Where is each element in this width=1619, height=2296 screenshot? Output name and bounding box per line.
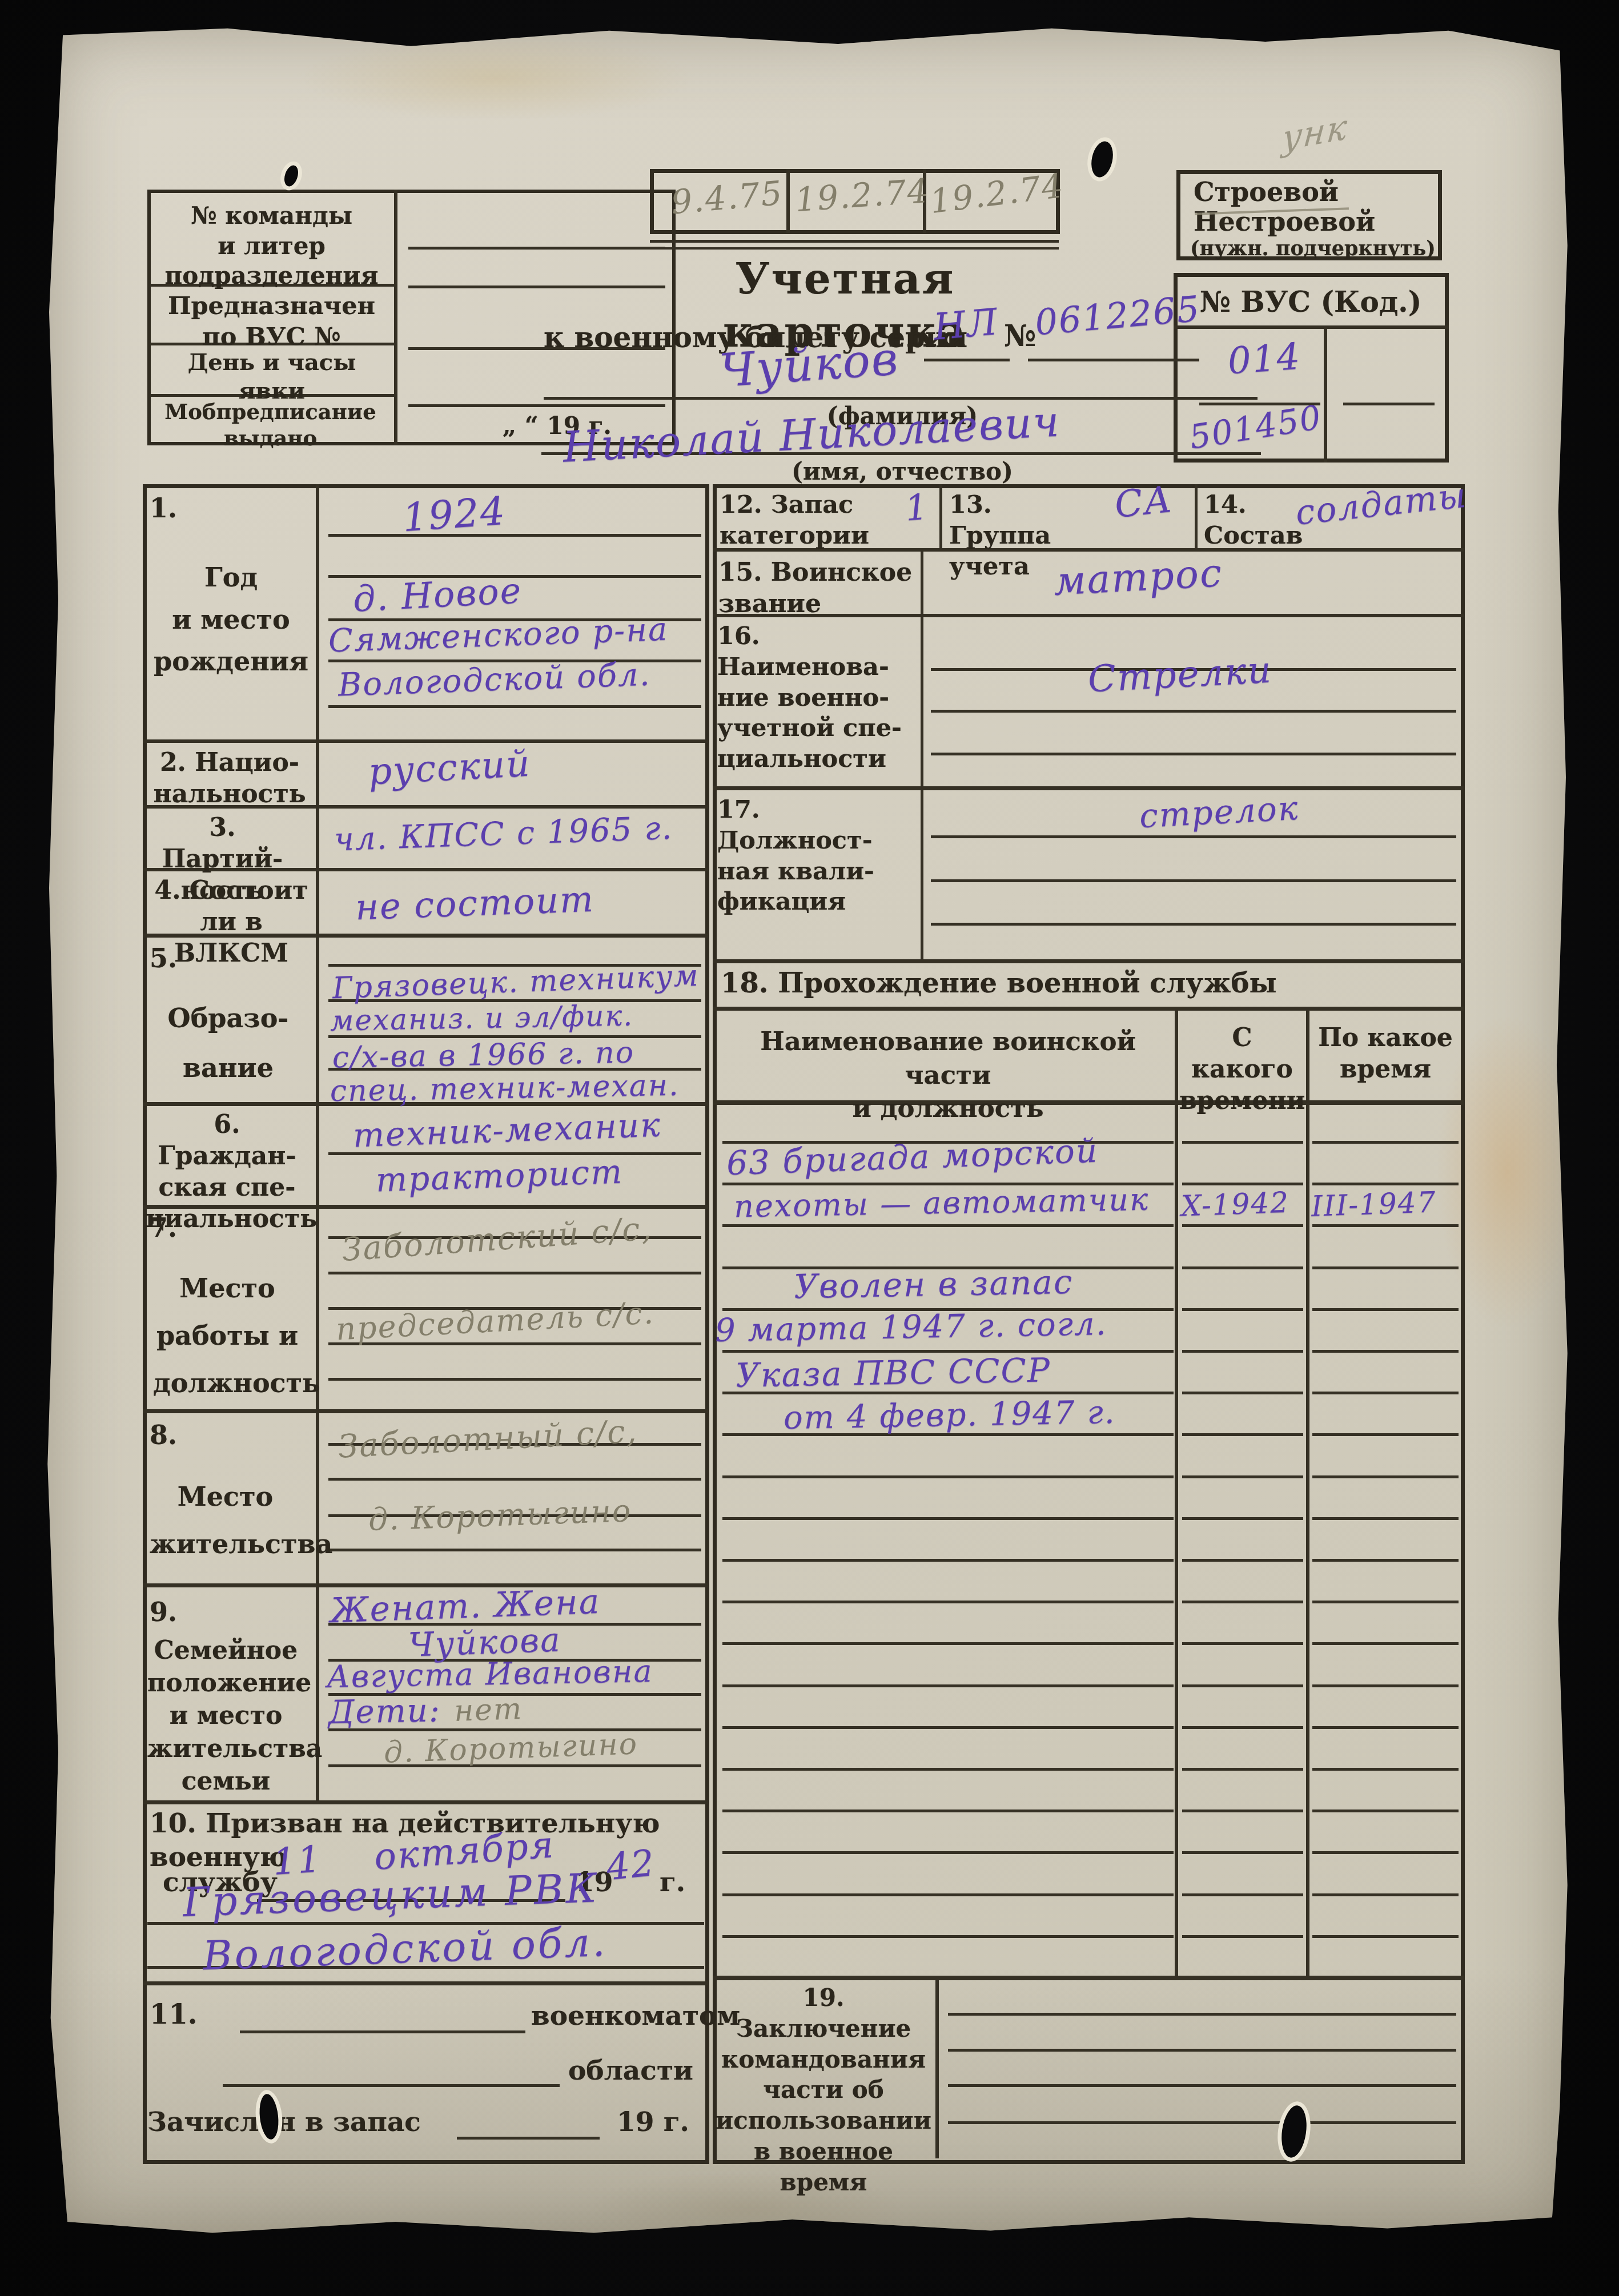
education-line2: механиз. и эл/фик.: [330, 999, 634, 1037]
draft-year-handwritten: 42: [604, 1842, 657, 1889]
section-16-label: 16. Наименова- ние военно- учетной спе- …: [717, 621, 906, 775]
table-ruled-line: [1312, 1392, 1459, 1394]
section-19-label: 19. Заключение командования части об исп…: [715, 1983, 932, 2197]
table-ruled-line: [1182, 1642, 1303, 1645]
vlksm-value: не состоит: [355, 878, 595, 928]
table-ruled-line: [1182, 1601, 1303, 1603]
section-2-label: 2. Нацио- нальность: [150, 747, 310, 810]
table-ruled-line: [722, 1517, 1174, 1520]
table-ruled-line: [1182, 1726, 1303, 1729]
table-ruled-line: [722, 1684, 1174, 1687]
admin-answer-line: [408, 404, 665, 407]
section-5-number: 5.: [150, 942, 177, 975]
family-children-note: нет: [453, 1692, 523, 1728]
table-ruled-line: [1182, 1768, 1303, 1771]
education-line4: спец. техник-механ.: [330, 1068, 680, 1109]
section-separator: [143, 739, 708, 743]
table-ruled-line: [1312, 1726, 1459, 1729]
table-col-divider-1: [1175, 1007, 1178, 1976]
birth-place-line1: д. Новое: [352, 569, 523, 620]
table-ruled-line: [1312, 1601, 1459, 1603]
series-line: [924, 359, 1010, 361]
section-11-label4: 19 г.: [617, 2106, 689, 2140]
table-ruled-line: [722, 1768, 1174, 1771]
surname-line: [544, 397, 1258, 400]
admin-row4-label: Мобпредписание выдано: [152, 399, 389, 452]
table-ruled-line: [1182, 1559, 1303, 1562]
table-col3-header: По какое время: [1311, 1022, 1460, 1085]
paper-stain: [296, 35, 696, 121]
table-ruled-line: [1312, 1183, 1459, 1185]
answer-line: [931, 879, 1456, 882]
answer-line: [931, 835, 1456, 838]
table-ruled-line: [1312, 1559, 1459, 1562]
section-1-label: Год и место рождения: [150, 557, 312, 683]
answer-line: [240, 2030, 525, 2033]
service-date-from: X-1942: [1180, 1186, 1290, 1223]
section-11-label3: Зачислен в запас: [147, 2106, 421, 2140]
answer-line: [328, 1378, 701, 1381]
table-ruled-line: [1182, 1392, 1303, 1394]
section-18-title: 18. Прохождение военной службы: [721, 966, 1292, 1000]
answer-line: [328, 1478, 701, 1481]
section-separator: [143, 1981, 708, 1985]
answer-line: [931, 923, 1456, 926]
table-ruled-line: [722, 1224, 1174, 1227]
admin-box-divider: [394, 190, 397, 445]
table-ruled-line: [1182, 1935, 1303, 1938]
answer-line: [223, 2084, 560, 2087]
nationality-value: русский: [367, 743, 532, 794]
answer-line: [328, 705, 701, 708]
vus-answer-line: [1343, 403, 1435, 405]
section-1-number: 1.: [150, 492, 177, 525]
answer-line: [931, 753, 1456, 755]
category-note: (нужн. подчеркнуть): [1190, 236, 1436, 262]
table-ruled-line: [1182, 1183, 1303, 1185]
vus-code-top: 014: [1227, 336, 1303, 383]
section-11-label2: области: [568, 2054, 693, 2088]
admin-row2-label: Предназначен по ВУС №: [153, 291, 390, 353]
military-rank-value: матрос: [1052, 550, 1224, 604]
section-separator: [713, 1976, 1464, 1980]
table-ruled-line: [1182, 1810, 1303, 1812]
answer-line: [328, 1549, 701, 1551]
section-5-label: Образо- вание: [155, 994, 301, 1093]
section-8-label: Место жительства: [150, 1473, 301, 1568]
table-ruled-line: [1182, 1141, 1303, 1144]
discharge-note-line4: от 4 февр. 1947 г.: [783, 1394, 1116, 1437]
reserve-category-value: 1: [903, 485, 931, 529]
table-ruled-line: [722, 1935, 1174, 1938]
education-line3: с/х-ва в 1966 г. по: [332, 1035, 635, 1075]
section-10-year-suffix: г.: [660, 1866, 685, 1900]
table-ruled-line: [1312, 1851, 1459, 1854]
table-ruled-line: [722, 1475, 1174, 1478]
section-9-number: 9.: [150, 1596, 177, 1629]
section-7-label: Место работы и должность: [153, 1265, 302, 1406]
series-handwritten: НЛ: [932, 301, 1000, 349]
admin-row3-label: День и часы явки: [155, 348, 388, 405]
service-date-to: III-1947: [1311, 1185, 1437, 1223]
row12-divider: [939, 484, 942, 548]
label-divider-15-17: [921, 548, 923, 959]
table-col-divider-2: [1306, 1007, 1309, 1976]
section-15-label: 15. Воинское звание: [718, 557, 913, 620]
section-11-number: 11.: [150, 1997, 198, 2032]
table-ruled-line: [722, 1726, 1174, 1729]
table-ruled-line: [1182, 1684, 1303, 1687]
section-19-divider: [935, 1976, 939, 2158]
table-ruled-line: [1312, 1768, 1459, 1771]
number-line: [1028, 359, 1199, 361]
row13-divider: [1195, 484, 1198, 548]
table-ruled-line: [1312, 1350, 1459, 1353]
family-line3: Августа Ивановна: [326, 1653, 653, 1695]
section-11-label1: военкоматом: [531, 2000, 740, 2033]
discharge-note-line3: Указа ПВС СССР: [735, 1350, 1051, 1395]
table-ruled-line: [1312, 1642, 1459, 1645]
section-12-label: 12. Запас категории: [720, 490, 857, 552]
table-ruled-line: [722, 1851, 1174, 1854]
table-ruled-line: [1182, 1433, 1303, 1436]
table-ruled-line: [1312, 1266, 1459, 1269]
left-label-column-divider: [316, 484, 319, 1800]
section-17-label: 17. Должност- ная квали- фикация: [717, 795, 883, 918]
table-col2-header: С какого времени: [1179, 1022, 1305, 1116]
family-line4: Дети:: [328, 1692, 441, 1731]
answer-line: [328, 534, 701, 537]
section-separator: [143, 1583, 708, 1587]
answer-line: [948, 2121, 1456, 2124]
table-ruled-line: [1182, 1224, 1303, 1227]
section-8-number: 8.: [150, 1419, 177, 1452]
discharge-note-line1: Уволен в запас: [793, 1262, 1073, 1306]
section-separator: [713, 959, 1464, 963]
scanned-photo: № команды и литер подразделения Предназн…: [0, 0, 1619, 2296]
category-option-1: Строевой: [1194, 176, 1339, 209]
table-ruled-line: [1312, 1893, 1459, 1896]
table-ruled-line: [722, 1810, 1174, 1812]
table-ruled-line: [1312, 1433, 1459, 1436]
table-col1-header: Наименование воинской части и должность: [725, 1025, 1171, 1125]
table-ruled-line: [722, 1601, 1174, 1603]
table-ruled-line: [1312, 1810, 1459, 1812]
table-ruled-line: [1312, 1141, 1459, 1144]
section-separator: [143, 1409, 708, 1413]
account-group-value: СА: [1112, 478, 1175, 526]
answer-line: [948, 2084, 1456, 2087]
vus-box-header-line: [1174, 325, 1449, 329]
table-ruled-line: [722, 1893, 1174, 1896]
table-ruled-line: [1312, 1684, 1459, 1687]
table-ruled-line: [1182, 1350, 1303, 1353]
table-ruled-line: [1182, 1893, 1303, 1896]
table-ruled-line: [1312, 1224, 1459, 1227]
section-7-number: 7.: [150, 1212, 177, 1245]
numero-sign: №: [1004, 317, 1037, 355]
answer-line: [948, 2049, 1456, 2052]
answer-line: [948, 2013, 1456, 2016]
table-ruled-line: [722, 1559, 1174, 1562]
answer-line: [328, 1272, 701, 1274]
answer-line: [931, 710, 1456, 713]
table-ruled-line: [1182, 1517, 1303, 1520]
admin-row1-label: № команды и литер подразделения: [153, 201, 390, 291]
date-stamps-underline: [650, 247, 1059, 250]
table-ruled-line: [1182, 1308, 1303, 1311]
table-ruled-line: [1312, 1475, 1459, 1478]
service-unit-line2: пехоты — автоматчик: [734, 1181, 1150, 1225]
table-ruled-line: [722, 1642, 1174, 1645]
section-separator: [143, 1800, 708, 1804]
section-separator: [713, 786, 1464, 790]
table-ruled-line: [1182, 1475, 1303, 1478]
vus-box-divider: [1324, 325, 1327, 463]
table-ruled-line: [1312, 1517, 1459, 1520]
answer-line: [457, 2137, 600, 2140]
table-header-top-line: [713, 1007, 1464, 1011]
table-ruled-line: [1312, 1308, 1459, 1311]
discharge-note-line2: 9 марта 1947 г. согл.: [714, 1305, 1107, 1349]
vus-box-title: № ВУС (Код.): [1182, 284, 1439, 320]
name-caption: (имя, отчество): [754, 457, 1051, 487]
admin-answer-line: [408, 247, 665, 250]
date-stamps-divider: [786, 169, 790, 233]
table-ruled-line: [1182, 1851, 1303, 1854]
table-ruled-line: [1312, 1935, 1459, 1938]
birth-year-value: 1924: [401, 489, 507, 541]
section-9-label: Семейное положение и место жительства се…: [147, 1634, 304, 1798]
date-stamps-underline: [650, 240, 1059, 243]
table-ruled-line: [1182, 1266, 1303, 1269]
